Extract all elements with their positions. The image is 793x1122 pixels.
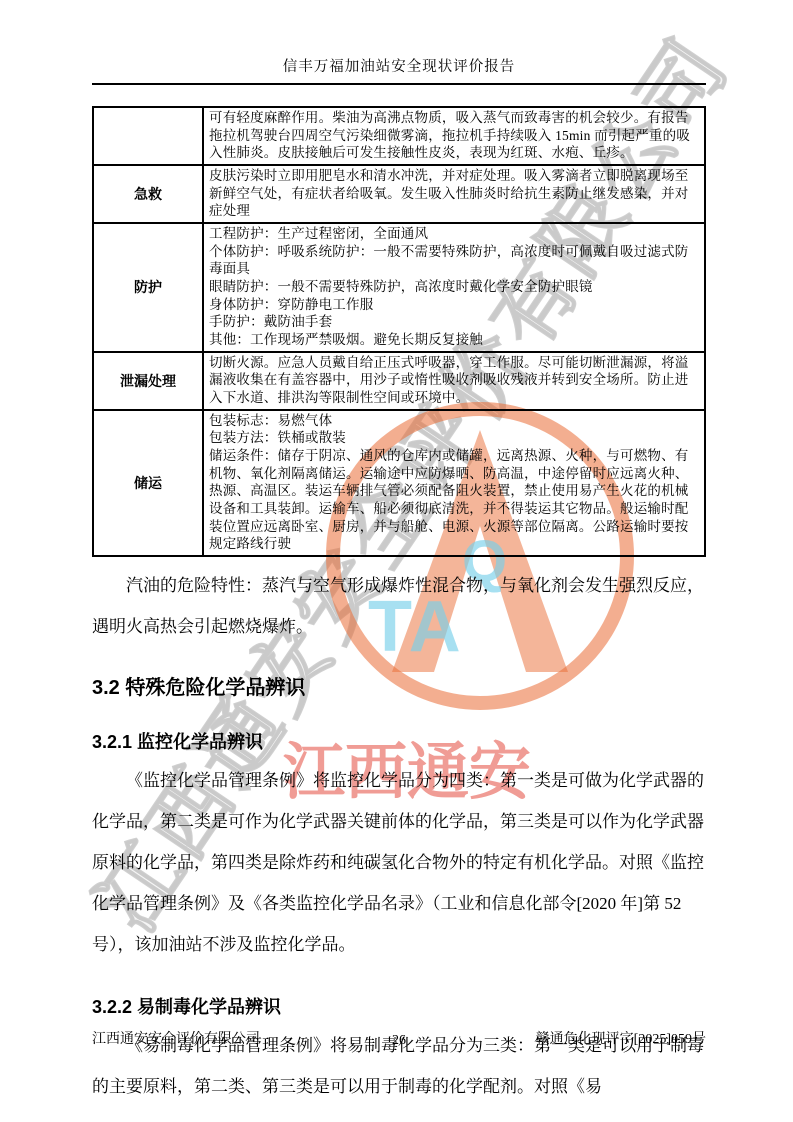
table-row: 防护 工程防护：生产过程密闭，全面通风 个体防护：呼吸系统防护：一般不需要特殊防…: [93, 223, 705, 352]
page-footer: 江西通安安全评价有限公司 26 赣通危化现评字[2025]059号: [92, 1028, 706, 1054]
row-label-cell: 急救: [93, 165, 203, 223]
page-content: 信丰万福加油站安全现状评价报告 可有轻度麻醉作用。柴油为高沸点物质，吸入蒸气而致…: [0, 0, 793, 1107]
section-heading-3-2-2: 3.2.2 易制毒化学品辨识: [92, 993, 706, 1019]
gasoline-hazard-paragraph: 汽油的危险特性：蒸汽与空气形成爆炸性混合物，与氧化剂会发生强烈反应，遇明火高热会…: [92, 565, 706, 647]
chemical-properties-table: 可有轻度麻醉作用。柴油为高沸点物质，吸入蒸气而致毒害的机会较少。有报告拖拉机驾驶…: [92, 106, 706, 557]
document-page: 江西通安安全评价有限公司 Q TA 江西通安 信丰万福加油站安全现状评价报告 可…: [0, 0, 793, 1122]
row-content-cell: 皮肤污染时立即用肥皂水和清水冲洗，并对症处理。吸入雾滴者立即脱离现场至新鲜空气处…: [203, 165, 705, 223]
header-divider: [92, 83, 706, 85]
row-label-cell: 储运: [93, 410, 203, 556]
section-heading-3-2: 3.2 特殊危险化学品辨识: [92, 671, 706, 700]
table-row: 储运 包装标志：易燃气体 包装方法：铁桶或散装 储运条件：储存于阴凉、通风的仓库…: [93, 410, 705, 556]
page-header: 信丰万福加油站安全现状评价报告: [92, 0, 706, 85]
report-title: 信丰万福加油站安全现状评价报告: [92, 55, 706, 76]
footer-page-number: 26: [392, 1033, 406, 1049]
row-label-cell: 防护: [93, 223, 203, 352]
row-content-cell: 可有轻度麻醉作用。柴油为高沸点物质，吸入蒸气而致毒害的机会较少。有报告拖拉机驾驶…: [203, 107, 705, 165]
table-row: 可有轻度麻醉作用。柴油为高沸点物质，吸入蒸气而致毒害的机会较少。有报告拖拉机驾驶…: [93, 107, 705, 165]
footer-document-number: 赣通危化现评字[2025]059号: [536, 1028, 706, 1048]
table-row: 急救 皮肤污染时立即用肥皂水和清水冲洗，并对症处理。吸入雾滴者立即脱离现场至新鲜…: [93, 165, 705, 223]
row-content-cell: 工程防护：生产过程密闭，全面通风 个体防护：呼吸系统防护：一般不需要特殊防护，高…: [203, 223, 705, 352]
table-row: 泄漏处理 切断火源。应急人员戴自给正压式呼吸器，穿工作服。尽可能切断泄漏源，将溢…: [93, 352, 705, 410]
row-content-cell: 包装标志：易燃气体 包装方法：铁桶或散装 储运条件：储存于阴凉、通风的仓库内或储…: [203, 410, 705, 556]
row-label-cell: [93, 107, 203, 165]
row-label-cell: 泄漏处理: [93, 352, 203, 410]
row-content-cell: 切断火源。应急人员戴自给正压式呼吸器，穿工作服。尽可能切断泄漏源，将溢漏液收集在…: [203, 352, 705, 410]
monitored-chemicals-paragraph: 《监控化学品管理条例》将监控化学品分为四类：第一类是可做为化学武器的化学品，第二…: [92, 760, 706, 965]
section-heading-3-2-1: 3.2.1 监控化学品辨识: [92, 728, 706, 754]
footer-company-name: 江西通安安全评价有限公司: [92, 1028, 260, 1048]
